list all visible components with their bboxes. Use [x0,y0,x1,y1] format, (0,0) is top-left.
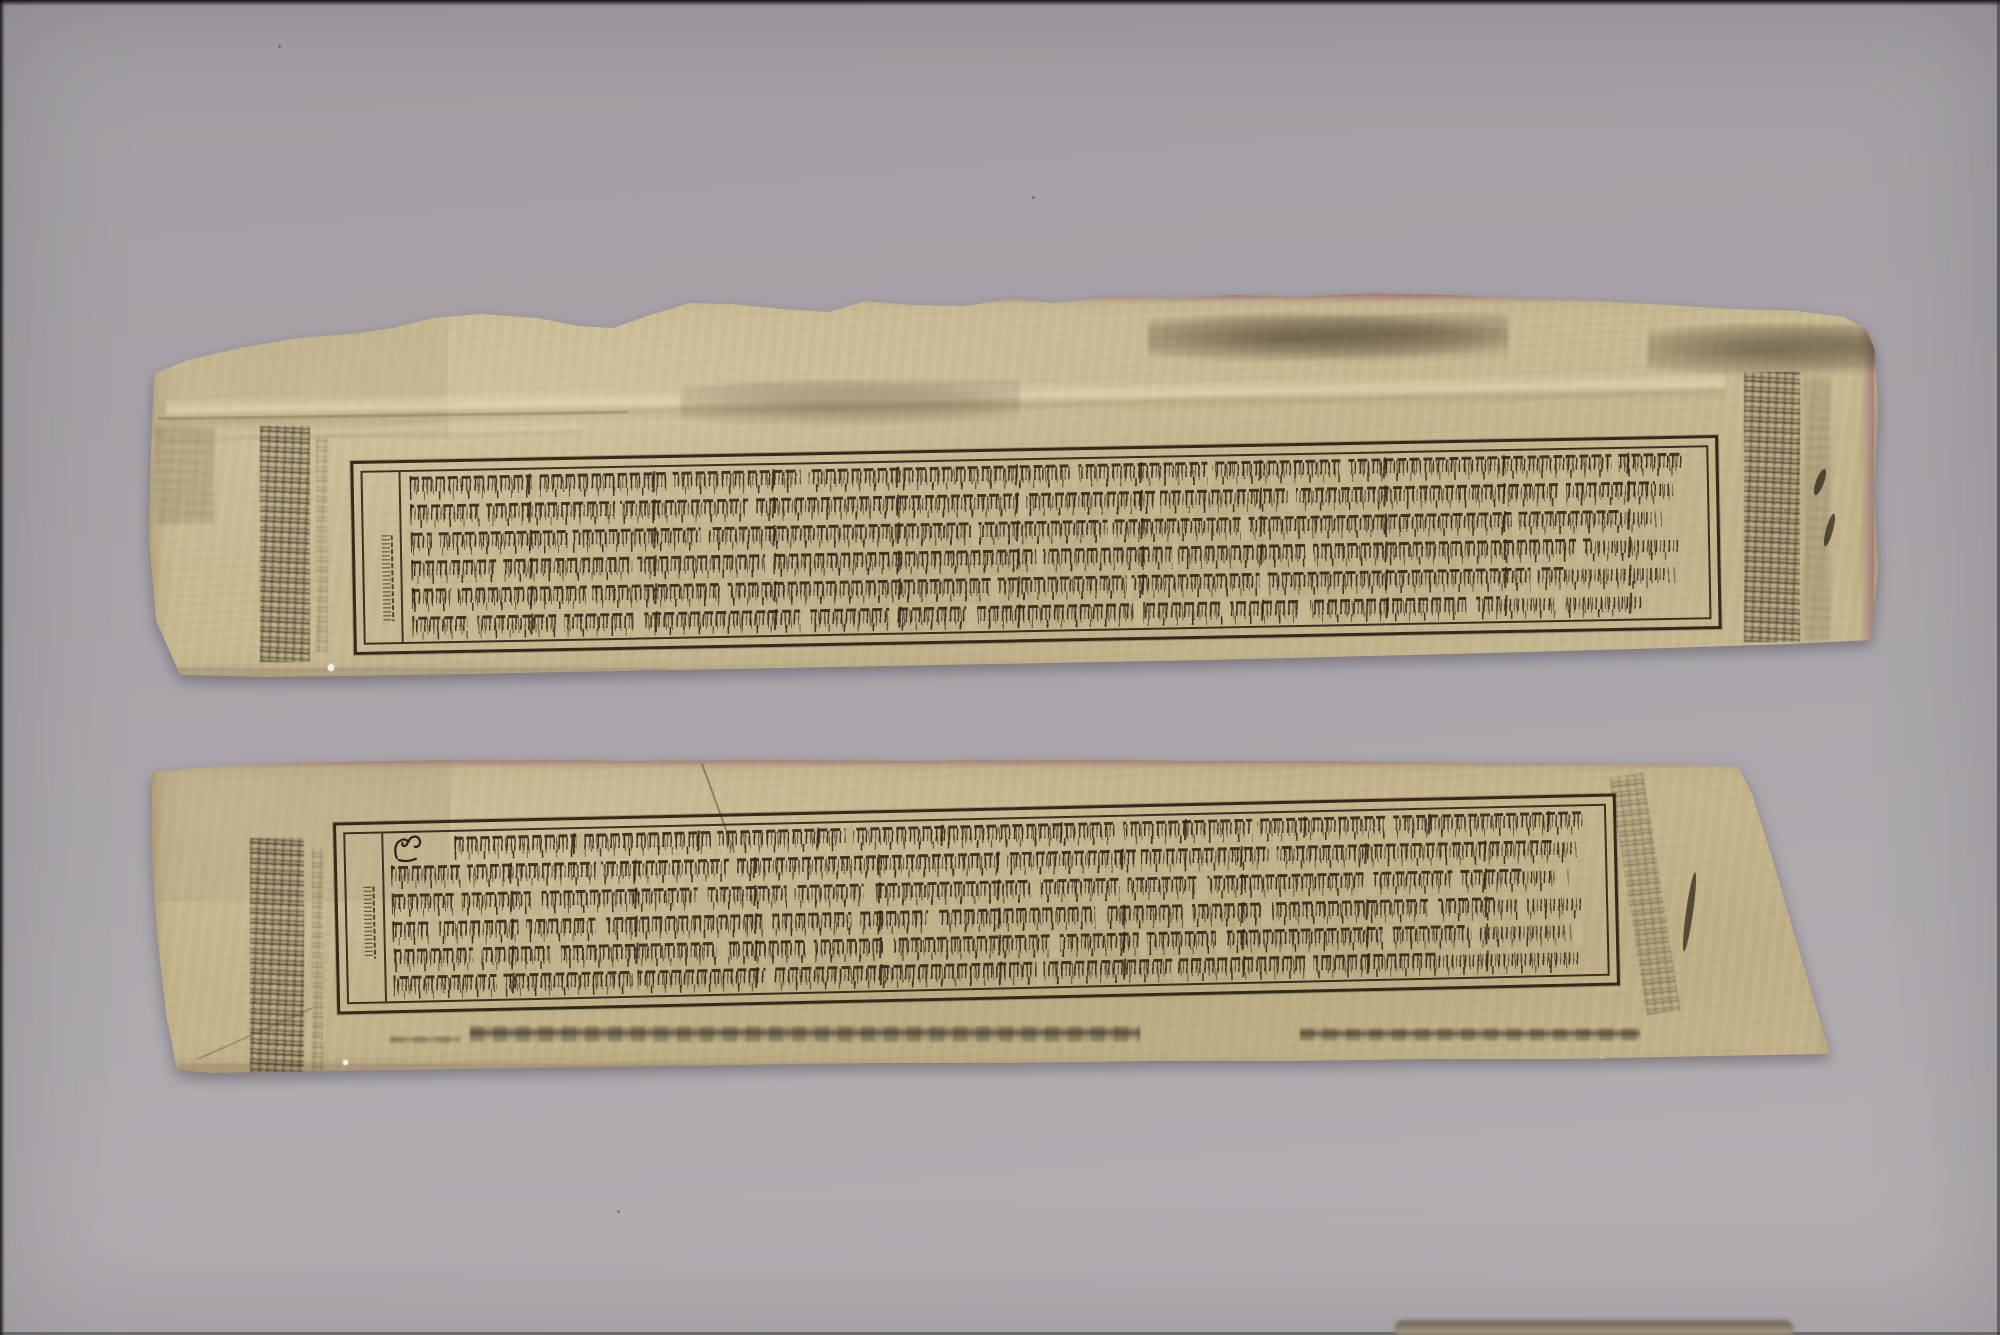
paper-speck [328,664,334,671]
dust-speck [617,1210,620,1213]
ink-smear [1300,1028,1640,1041]
yig-mgo-head-mark [390,832,425,867]
dust-speck [278,45,281,48]
edge-tint [1108,290,1868,298]
ink-smear [390,1036,460,1044]
out-of-focus-leaf-edge [1395,1321,1793,1335]
ink-smudge [156,428,214,523]
ink-offset-band [1744,372,1800,642]
margin-annotation [363,887,376,959]
ink-offset-band [250,838,304,1094]
ink-mark [1680,872,1698,952]
edge-tint [168,668,668,674]
margin-annotation [382,535,395,621]
ink-smudge [1148,314,1508,362]
ink-offset-band [316,438,328,652]
dust-speck [1032,196,1035,199]
ink-offset-band [1609,773,1680,1015]
manuscript-leaf-lower [150,752,1834,1074]
manuscript-leaf-upper [148,288,1880,680]
photo-border-left [0,0,5,1335]
text-frame [333,793,1620,1014]
ink-smear [470,1026,1140,1042]
text-frame [350,435,1721,655]
paper-speck [343,1060,348,1065]
ink-offset-band [312,848,323,1078]
ink-smudge [680,380,1020,426]
ink-smudge [1648,324,1928,376]
ink-offset-band [1804,378,1830,640]
paper-speck [1600,1058,1604,1063]
edge-tint [180,1064,1820,1070]
photograph [0,0,2000,1335]
photo-border-top [0,0,2000,6]
paper-sheet [150,752,1834,1074]
paper-sheet [148,288,1880,680]
ink-offset-band [260,426,310,662]
edge-tint [154,760,1740,769]
edge-tint [1744,765,1847,1054]
